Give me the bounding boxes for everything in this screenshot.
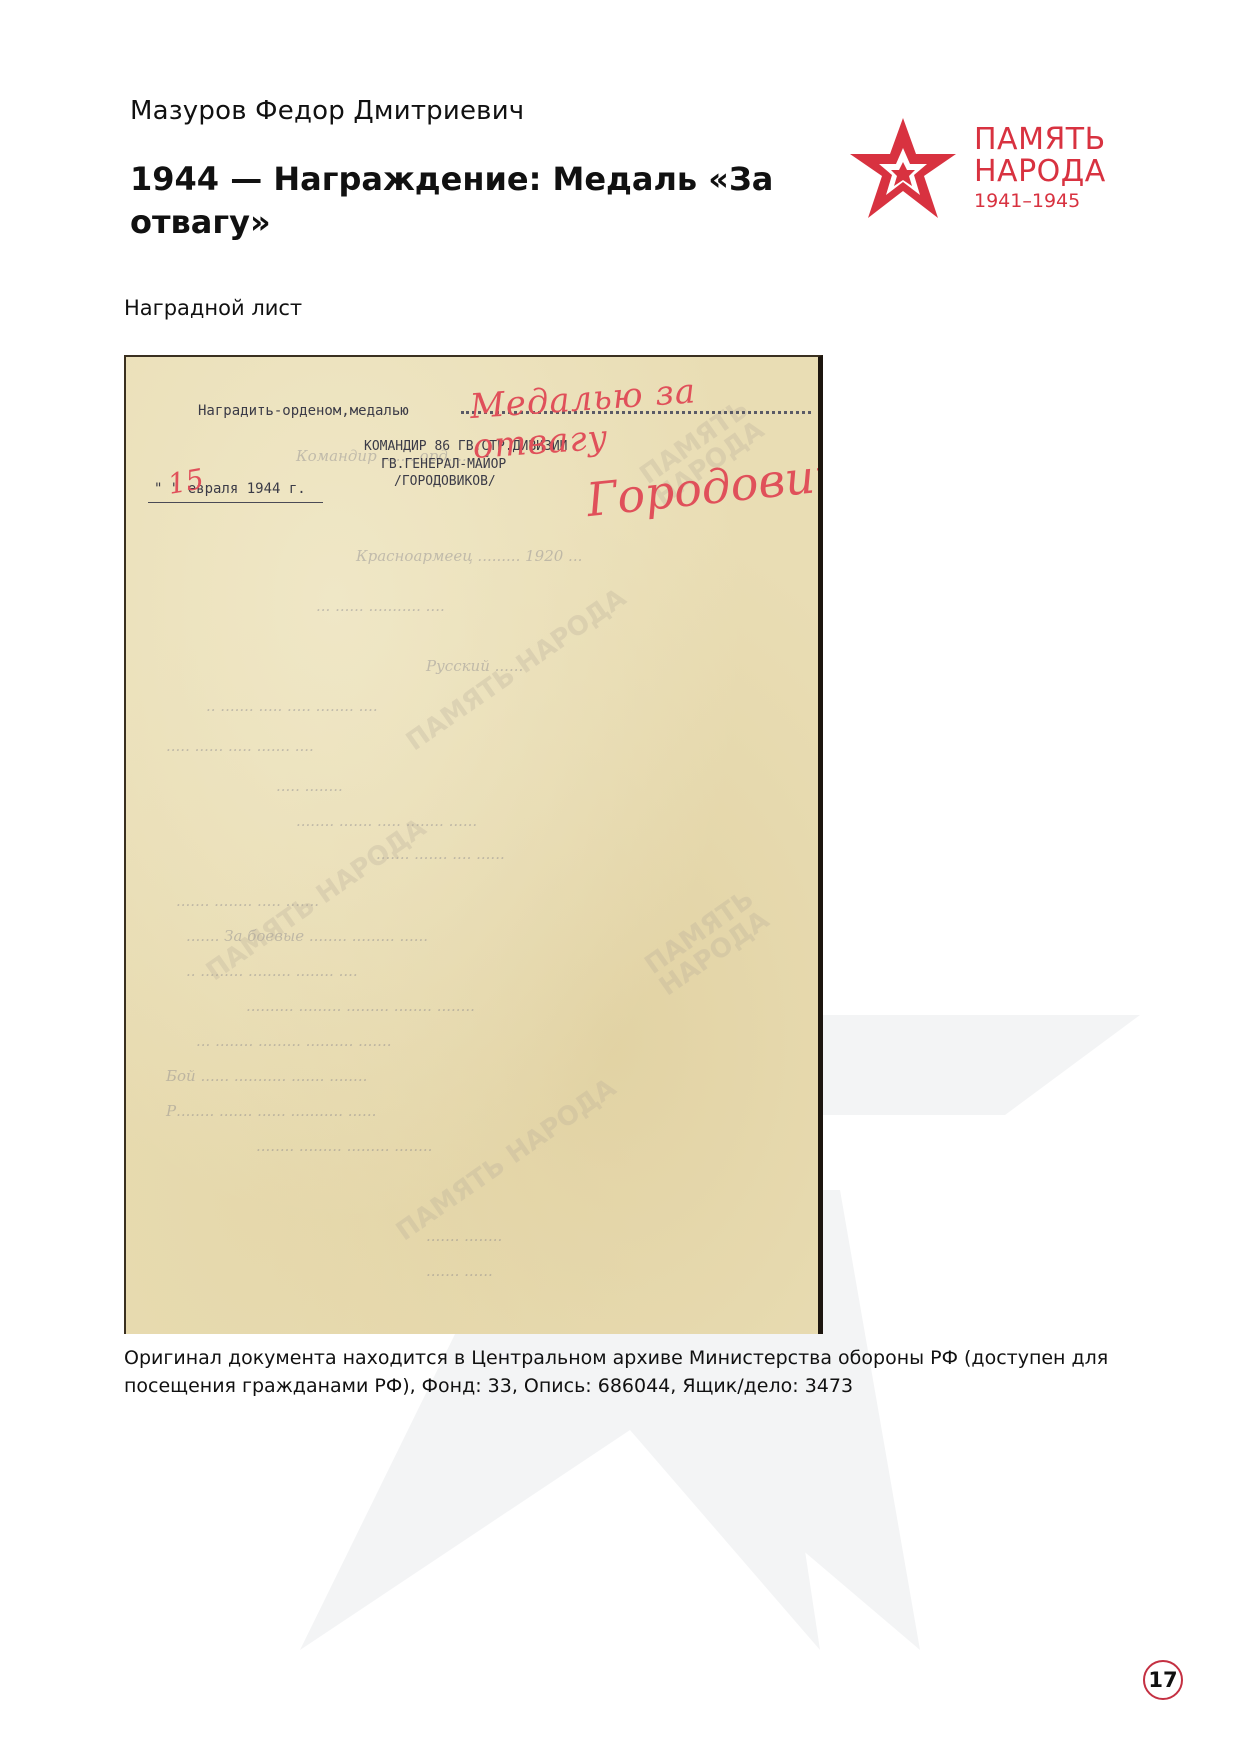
faint-handwriting: .......... ......... ......... ........ … <box>246 997 475 1015</box>
faint-handwriting: Бой ...... ........... ....... ........ <box>166 1067 367 1085</box>
logo-line-2: НАРОДА <box>974 156 1106 188</box>
page-number: 17 <box>1143 1660 1183 1700</box>
faint-handwriting: ........ ......... ......... ........ <box>256 1137 432 1155</box>
faint-handwriting: ..... ........ <box>276 777 343 795</box>
faint-handwriting: ........ ....... ..... ........ ...... <box>296 812 477 830</box>
typed-award-line: Наградить-орденом,медалью <box>198 403 409 419</box>
faint-handwriting: .. ....... ..... ..... ........ .... <box>206 697 378 715</box>
faint-handwriting: ....... За боевые ........ ......... ...… <box>186 927 428 945</box>
logo-years: 1941–1945 <box>974 188 1106 214</box>
page-title: 1944 — Награждение: Медаль «За отвагу» <box>130 158 810 244</box>
section-label: Наградной лист <box>124 296 302 320</box>
scan-watermark: ПАМЯТЬ НАРОДА <box>601 858 813 1028</box>
faint-handwriting: Красноармеец ......... 1920 ... <box>356 547 582 565</box>
typed-commander-line-3: /ГОРОДОВИКОВ/ <box>394 474 496 489</box>
faint-handwriting: ....... ...... <box>426 1262 493 1280</box>
award-sheet-scan[interactable]: Командир ....... орд. ... Красноармеец .… <box>124 355 823 1334</box>
archive-caption: Оригинал документа находится в Центральн… <box>124 1344 1114 1400</box>
scan-watermark: ПАМЯТЬ НАРОДА <box>392 1075 620 1246</box>
red-star-icon <box>850 118 956 218</box>
handwritten-day: 15 <box>165 462 206 501</box>
faint-handwriting: ... ...... ........... .... <box>316 597 445 615</box>
pamyat-naroda-logo[interactable]: ПАМЯТЬ НАРОДА 1941–1945 <box>850 118 1120 218</box>
faint-handwriting: ... ........ ......... .......... ......… <box>196 1032 392 1050</box>
person-name: Мазуров Федор Дмитриевич <box>130 96 524 126</box>
faint-handwriting: ....... ........ <box>426 1227 502 1245</box>
logo-line-1: ПАМЯТЬ <box>974 124 1106 156</box>
faint-handwriting: ..... ...... ..... ....... .... <box>166 737 314 755</box>
faint-handwriting: Р........ ....... ...... ........... ...… <box>166 1102 376 1120</box>
faint-handwriting: ..... <box>646 1327 670 1334</box>
date-underline <box>148 502 323 503</box>
handwritten-award: Медалью за отвагу <box>469 363 821 467</box>
